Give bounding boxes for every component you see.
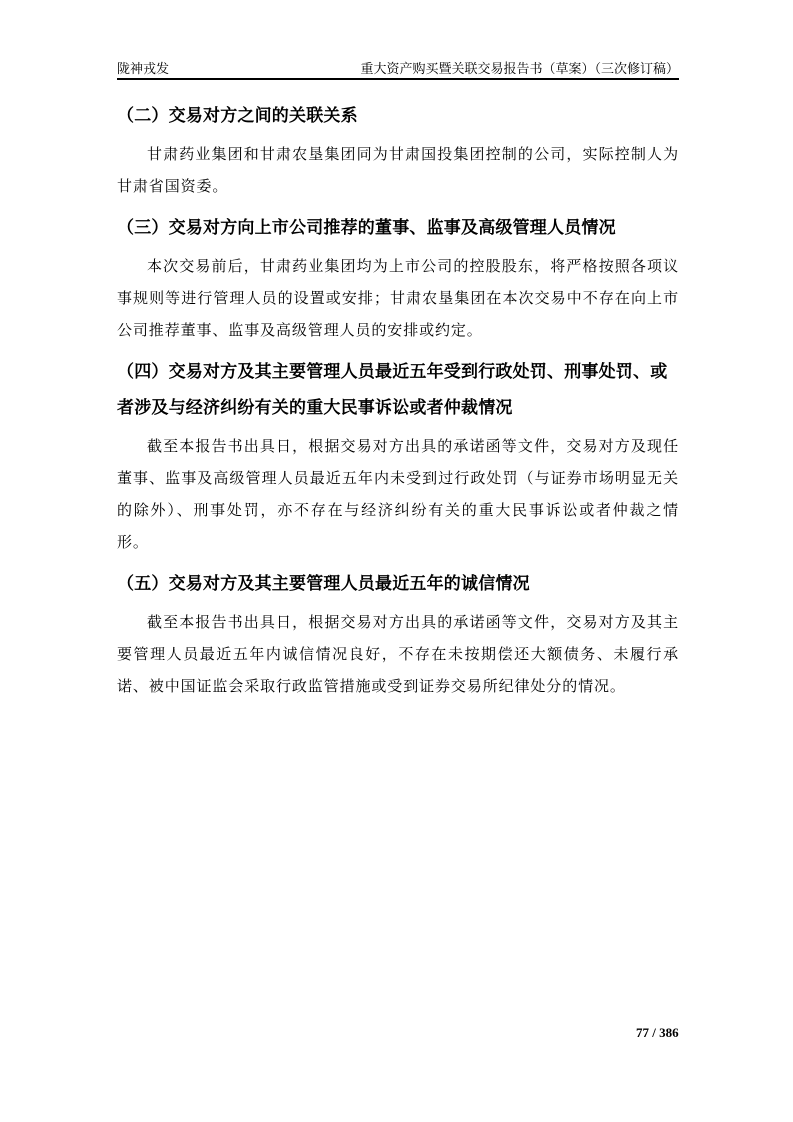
section-heading-3: （三）交易对方向上市公司推荐的董事、监事及高级管理人员情况 bbox=[117, 210, 679, 246]
document-body: （二）交易对方之间的关联关系 甘肃药业集团和甘肃农垦集团同为甘肃国投集团控制的公… bbox=[117, 90, 679, 702]
section-paragraph-2: 甘肃药业集团和甘肃农垦集团同为甘肃国投集团控制的公司，实际控制人为甘肃省国资委。 bbox=[117, 138, 679, 202]
section-heading-2: （二）交易对方之间的关联关系 bbox=[117, 98, 679, 134]
section-heading-5: （五）交易对方及其主要管理人员最近五年的诚信情况 bbox=[117, 566, 679, 602]
section-paragraph-5: 截至本报告书出具日，根据交易对方出具的承诺函等文件，交易对方及其主要管理人员最近… bbox=[117, 606, 679, 702]
page-header: 陇神戎发 重大资产购买暨关联交易报告书（草案）（三次修订稿） bbox=[117, 56, 679, 80]
section-heading-4: （四）交易对方及其主要管理人员最近五年受到行政处罚、刑事处罚、或者涉及与经济纠纷… bbox=[117, 354, 679, 426]
header-company-name: 陇神戎发 bbox=[117, 58, 169, 77]
section-paragraph-4: 截至本报告书出具日，根据交易对方出具的承诺函等文件，交易对方及现任董事、监事及高… bbox=[117, 430, 679, 558]
section-paragraph-3: 本次交易前后，甘肃药业集团均为上市公司的控股股东，将严格按照各项议事规则等进行管… bbox=[117, 250, 679, 346]
page-number: 77 / 386 bbox=[636, 1025, 679, 1041]
header-document-title: 重大资产购买暨关联交易报告书（草案）（三次修订稿） bbox=[360, 58, 679, 77]
